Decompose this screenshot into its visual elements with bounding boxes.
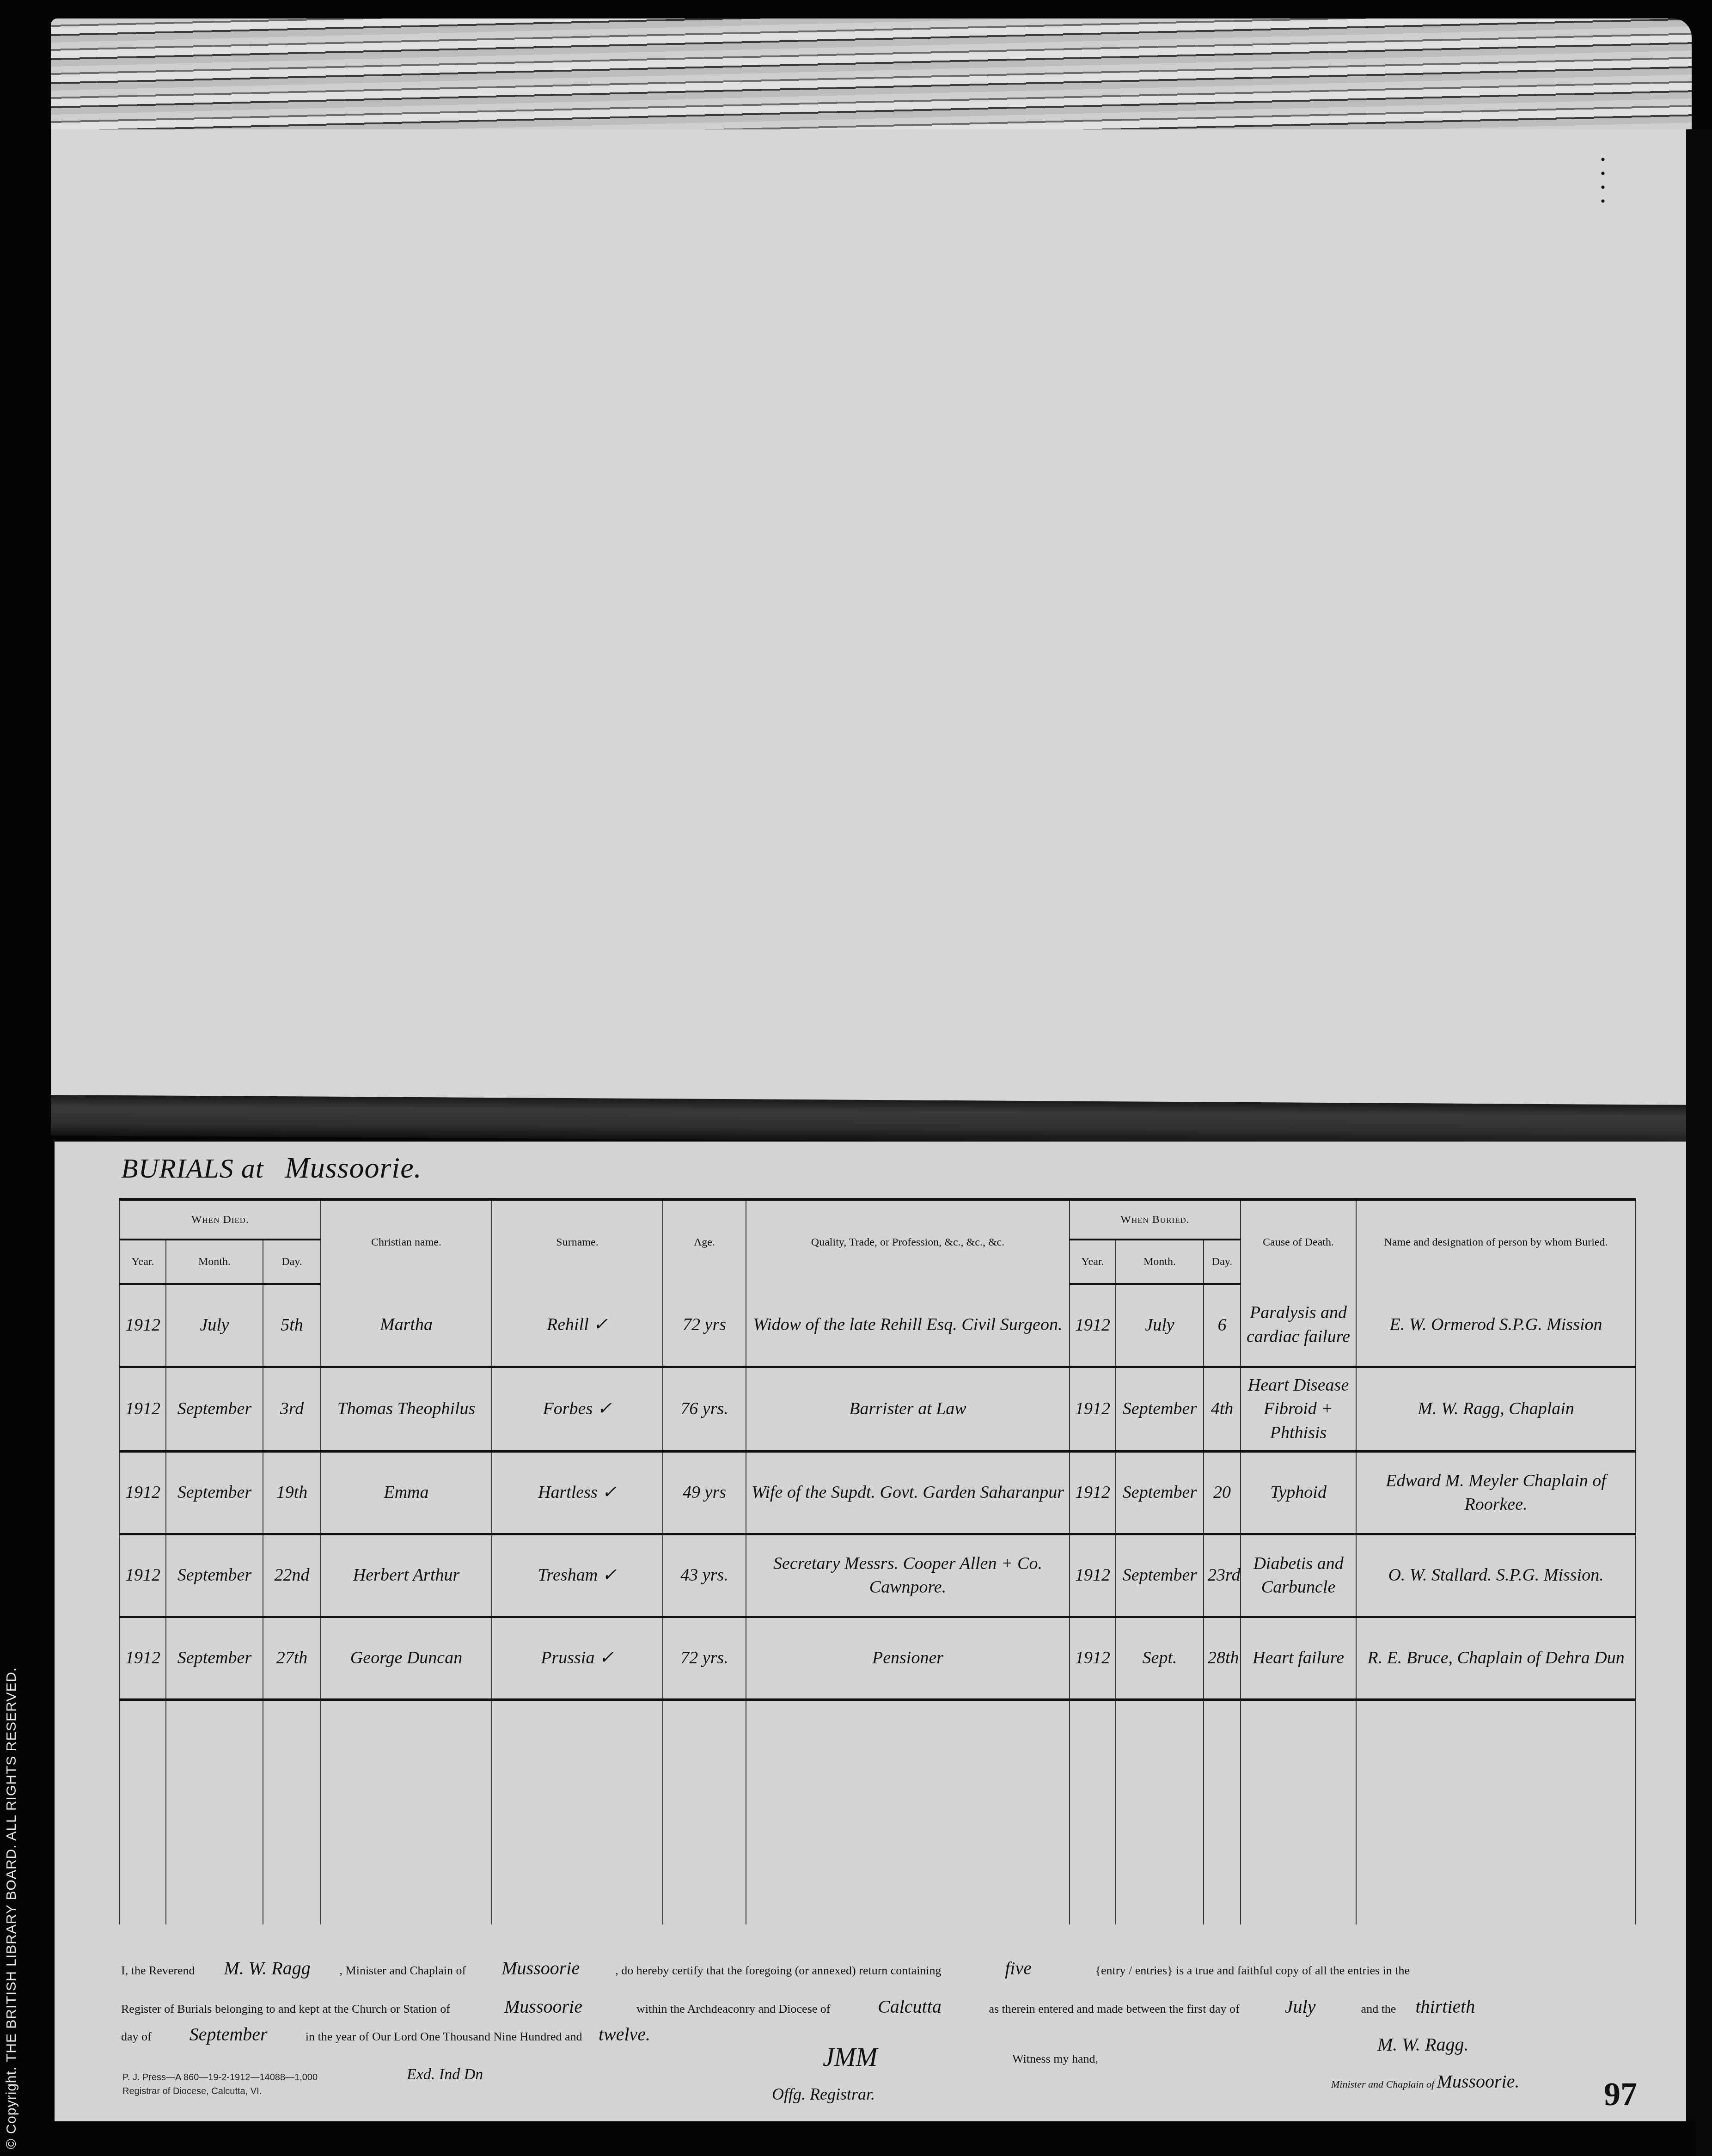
- buried-day: 23rd: [1204, 1534, 1241, 1617]
- christian-name: Thomas Theophilus: [321, 1367, 492, 1452]
- header-died-day: Day.: [263, 1240, 321, 1284]
- christian-name: Martha: [321, 1284, 492, 1367]
- table-row: 1912 July 5th Martha Rehill ✓ 72 yrs Wid…: [120, 1284, 1636, 1367]
- cause-of-death: Diabetis and Carbuncle: [1241, 1534, 1356, 1617]
- header-buried-month: Month.: [1116, 1240, 1204, 1284]
- buried-by: E. W. Ormerod S.P.G. Mission: [1356, 1284, 1636, 1367]
- died-month: September: [166, 1617, 263, 1699]
- cert-diocese: Calcutta: [833, 1996, 986, 2017]
- copyright-notice: © Copyright. THE BRITISH LIBRARY BOARD. …: [4, 1667, 19, 2149]
- header-died-year: Year.: [120, 1240, 166, 1284]
- register-title: BURIALS at Mussoorie.: [121, 1151, 422, 1185]
- press-imprint: P. J. Press—A 860—19-2-1912—14088—1,000 …: [122, 2070, 318, 2098]
- cause-of-death: Heart failure: [1241, 1617, 1356, 1699]
- died-year: 1912: [120, 1367, 166, 1452]
- right-edge-shadow: [1686, 129, 1712, 2156]
- buried-day: 28th: [1204, 1617, 1241, 1699]
- died-day: 3rd: [263, 1367, 321, 1452]
- buried-year: 1912: [1070, 1284, 1116, 1367]
- cert-from-month: July: [1242, 1996, 1358, 2017]
- died-month: September: [166, 1367, 263, 1452]
- header-buried-by: Name and designation of person by whom B…: [1356, 1199, 1636, 1284]
- cert-text: I, the Reverend: [121, 1964, 195, 1977]
- witness-label: Witness my hand,: [1012, 2052, 1098, 2066]
- cert-text: Register of Burials belonging to and kep…: [121, 2002, 450, 2016]
- surname: Rehill ✓: [492, 1284, 663, 1367]
- header-cause: Cause of Death.: [1241, 1199, 1356, 1284]
- cert-year-word: twelve.: [585, 2023, 664, 2045]
- age: 72 yrs: [663, 1284, 746, 1367]
- buried-month: September: [1116, 1451, 1204, 1534]
- buried-month: September: [1116, 1534, 1204, 1617]
- certificate-line-2: Register of Burials belonging to and kep…: [121, 1996, 1492, 2017]
- cert-text: within the Archdeaconry and Diocese of: [636, 2002, 830, 2016]
- age: 76 yrs.: [663, 1367, 746, 1452]
- title-place: Mussoorie.: [285, 1151, 422, 1184]
- died-month: September: [166, 1534, 263, 1617]
- header-quality: Quality, Trade, or Profession, &c., &c.,…: [746, 1199, 1070, 1284]
- cert-minister: M. W. Ragg: [198, 1957, 336, 1979]
- empty-row: [120, 1699, 1636, 1924]
- designation: Minister and Chaplain of Mussoorie.: [1331, 2070, 1519, 2092]
- cause-of-death: Paralysis and cardiac failure: [1241, 1284, 1356, 1367]
- cert-text: , do hereby certify that the foregoing (…: [615, 1964, 941, 1977]
- page-number: 97: [1604, 2075, 1637, 2113]
- page-stack-edges: [51, 18, 1692, 139]
- quality: Pensioner: [746, 1617, 1070, 1699]
- cert-station: Mussoorie: [469, 1957, 612, 1979]
- buried-day: 20: [1204, 1451, 1241, 1534]
- registrar-initials: JMM: [823, 2043, 877, 2072]
- surname: Forbes ✓: [492, 1367, 663, 1452]
- bottom-shadow: [51, 2121, 1696, 2156]
- buried-year: 1912: [1070, 1617, 1116, 1699]
- cert-text: day of: [121, 2030, 152, 2043]
- certificate-line-3: day of September in the year of Our Lord…: [121, 2023, 664, 2045]
- buried-by: R. E. Bruce, Chaplain of Dehra Dun: [1356, 1617, 1636, 1699]
- cert-to-month: September: [154, 2023, 302, 2045]
- designation-printed: Minister and Chaplain of: [1331, 2078, 1434, 2090]
- age: 72 yrs.: [663, 1617, 746, 1699]
- header-buried-day: Day.: [1204, 1240, 1241, 1284]
- header-died-month: Month.: [166, 1240, 263, 1284]
- registrar-title: Offg. Registrar.: [772, 2084, 875, 2104]
- christian-name: Emma: [321, 1451, 492, 1534]
- designation-place: Mussoorie.: [1437, 2070, 1520, 2092]
- header-buried-year: Year.: [1070, 1240, 1116, 1284]
- died-year: 1912: [120, 1284, 166, 1367]
- surname: Tresham ✓: [492, 1534, 663, 1617]
- died-day: 19th: [263, 1451, 321, 1534]
- examined-initials: Exd. Ind Dn: [407, 2066, 483, 2083]
- buried-day: 4th: [1204, 1367, 1241, 1452]
- header-when-buried: When Buried.: [1070, 1199, 1241, 1240]
- surname: Prussia ✓: [492, 1617, 663, 1699]
- table-row: 1912 September 3rd Thomas Theophilus For…: [120, 1367, 1636, 1452]
- quality: Barrister at Law: [746, 1367, 1070, 1452]
- died-year: 1912: [120, 1534, 166, 1617]
- died-day: 22nd: [263, 1534, 321, 1617]
- header-surname: Surname.: [492, 1199, 663, 1284]
- header-age: Age.: [663, 1199, 746, 1284]
- blank-upper-page: [51, 129, 1692, 1109]
- christian-name: George Duncan: [321, 1617, 492, 1699]
- cert-text: as therein entered and made between the …: [989, 2002, 1239, 2016]
- buried-month: July: [1116, 1284, 1204, 1367]
- table-row: 1912 September 19th Emma Hartless ✓ 49 y…: [120, 1451, 1636, 1534]
- buried-by: Edward M. Meyler Chaplain of Roorkee.: [1356, 1451, 1636, 1534]
- buried-by: O. W. Stallard. S.P.G. Mission.: [1356, 1534, 1636, 1617]
- cause-of-death: Typhoid: [1241, 1451, 1356, 1534]
- buried-year: 1912: [1070, 1534, 1116, 1617]
- title-printed: BURIALS at: [121, 1153, 263, 1184]
- cert-text: , Minister and Chaplain of: [340, 1964, 466, 1977]
- header-when-died: When Died.: [120, 1199, 321, 1240]
- age: 49 yrs: [663, 1451, 746, 1534]
- buried-month: September: [1116, 1367, 1204, 1452]
- died-day: 27th: [263, 1617, 321, 1699]
- burial-register-table: When Died. Christian name. Surname. Age.…: [119, 1198, 1636, 1924]
- buried-by: M. W. Ragg, Chaplain: [1356, 1367, 1636, 1452]
- cert-text: {entry / entries} is a true and faithful…: [1095, 1964, 1410, 1977]
- header-christian-name: Christian name.: [321, 1199, 492, 1284]
- quality: Secretary Messrs. Cooper Allen + Co. Caw…: [746, 1534, 1070, 1617]
- press-line: P. J. Press—A 860—19-2-1912—14088—1,000: [122, 2070, 318, 2084]
- cert-to-day: thirtieth: [1399, 1996, 1492, 2017]
- died-day: 5th: [263, 1284, 321, 1367]
- minister-signature: M. W. Ragg.: [1377, 2034, 1468, 2055]
- cause-of-death: Heart Disease Fibroid + Phthisis: [1241, 1367, 1356, 1452]
- cert-text: and the: [1361, 2002, 1396, 2016]
- surname: Hartless ✓: [492, 1451, 663, 1534]
- died-month: September: [166, 1451, 263, 1534]
- christian-name: Herbert Arthur: [321, 1534, 492, 1617]
- buried-day: 6: [1204, 1284, 1241, 1367]
- cert-station-2: Mussoorie: [453, 1996, 633, 2017]
- ink-specks: [1599, 153, 1607, 208]
- buried-month: Sept.: [1116, 1617, 1204, 1699]
- died-year: 1912: [120, 1451, 166, 1534]
- age: 43 yrs.: [663, 1534, 746, 1617]
- table-row: 1912 September 22nd Herbert Arthur Tresh…: [120, 1534, 1636, 1617]
- quality: Widow of the late Rehill Esq. Civil Surg…: [746, 1284, 1070, 1367]
- buried-year: 1912: [1070, 1451, 1116, 1534]
- certificate-line-1: I, the Reverend M. W. Ragg , Minister an…: [121, 1957, 1410, 1979]
- table-row: 1912 September 27th George Duncan Prussi…: [120, 1617, 1636, 1699]
- died-year: 1912: [120, 1617, 166, 1699]
- buried-year: 1912: [1070, 1367, 1116, 1452]
- died-month: July: [166, 1284, 263, 1367]
- quality: Wife of the Supdt. Govt. Garden Saharanp…: [746, 1451, 1070, 1534]
- cert-count: five: [944, 1957, 1092, 1979]
- cert-text: in the year of Our Lord One Thousand Nin…: [306, 2030, 582, 2043]
- form-line: Registrar of Diocese, Calcutta, VI.: [122, 2084, 318, 2098]
